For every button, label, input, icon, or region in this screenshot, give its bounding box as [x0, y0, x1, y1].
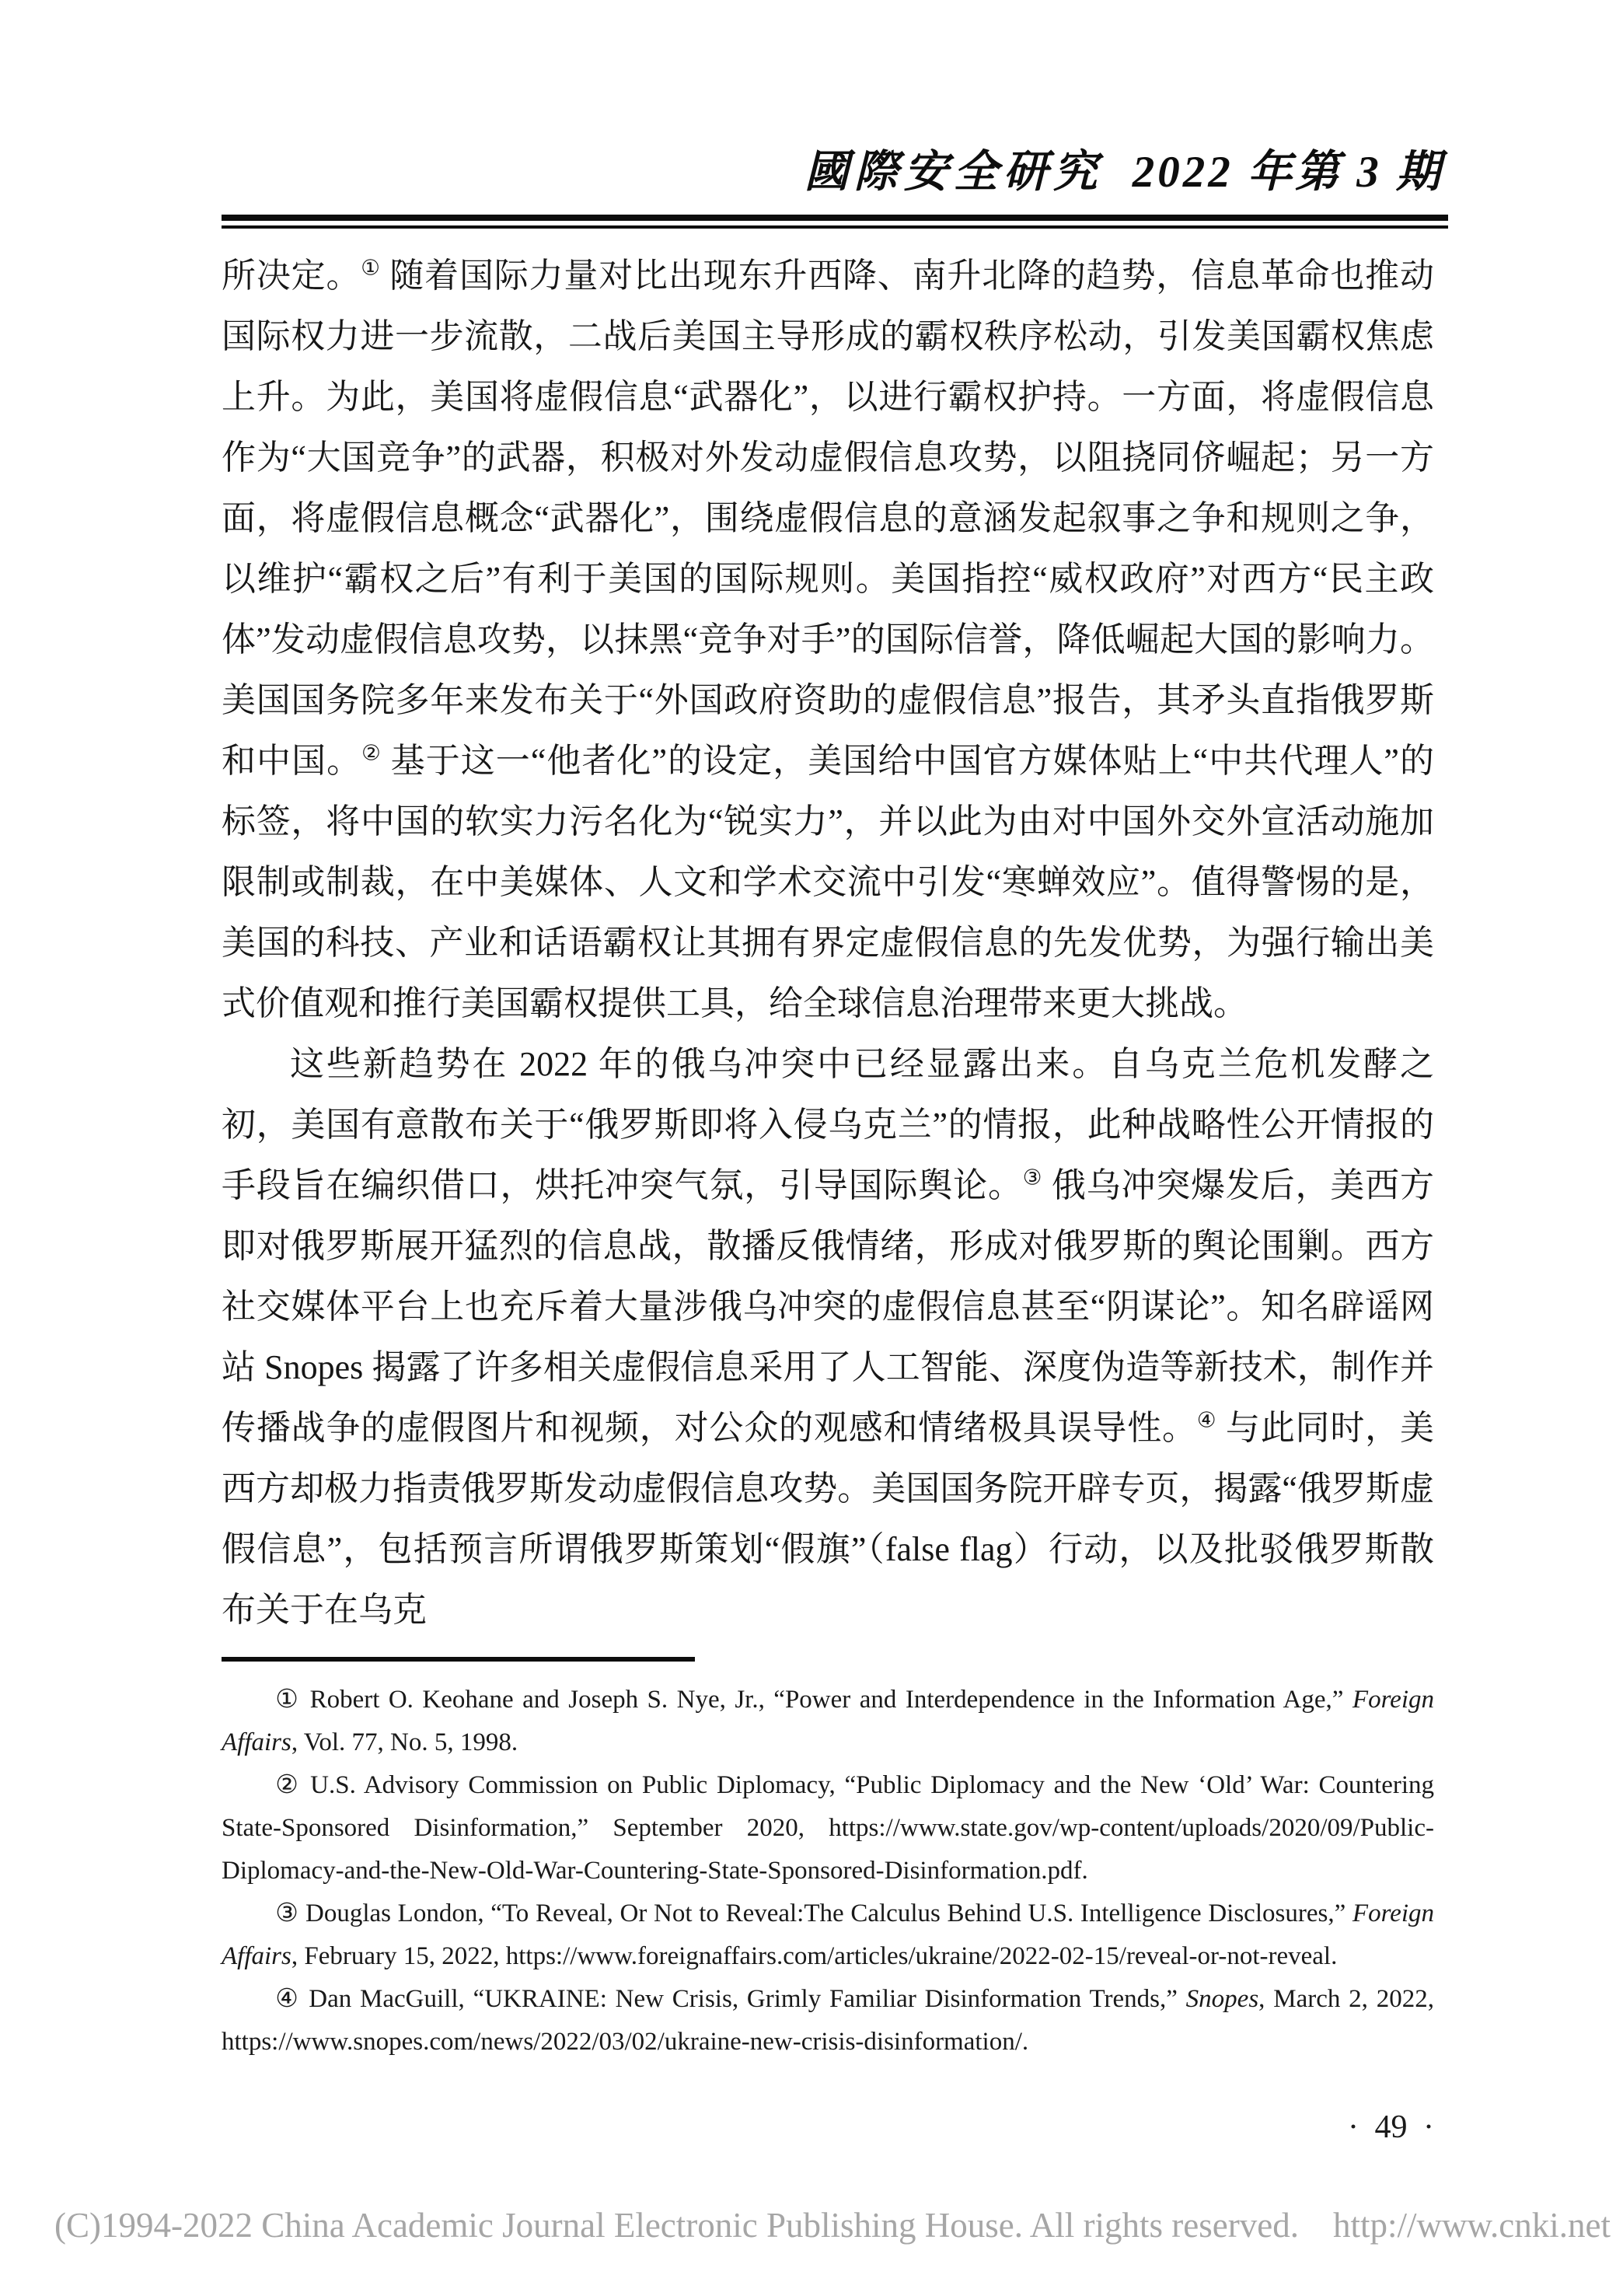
- footnote-item: ④ Dan MacGuill, “UKRAINE: New Crisis, Gr…: [222, 1978, 1434, 2064]
- header-rule-thick: [222, 215, 1448, 221]
- footnote-marker: ②: [361, 741, 381, 764]
- footnote-item: ① Robert O. Keohane and Joseph S. Nye, J…: [222, 1679, 1434, 1764]
- body-paragraph: 所决定。① 随着国际力量对比出现东升西降、南升北降的趋势，信息革命也推动国际权力…: [222, 246, 1434, 1034]
- footnote-separator: [222, 1657, 695, 1662]
- header-rule-thin: [222, 225, 1448, 229]
- article-body: 所决定。① 随着国际力量对比出现东升西降、南升北降的趋势，信息革命也推动国际权力…: [222, 246, 1434, 1641]
- footnote-item: ③ Douglas London, “To Reveal, Or Not to …: [222, 1892, 1434, 1978]
- body-paragraph: 这些新趋势在 2022 年的俄乌冲突中已经显露出来。自乌克兰危机发酵之初，美国有…: [222, 1034, 1434, 1641]
- cnki-url: http://www.cnki.net: [1333, 2205, 1611, 2245]
- journal-title: 國際安全研究: [805, 148, 1103, 197]
- footnote-marker: ④: [1197, 1408, 1216, 1431]
- copyright-text: (C)1994-2022 China Academic Journal Elec…: [54, 2205, 1299, 2245]
- footnotes: ① Robert O. Keohane and Joseph S. Nye, J…: [222, 1679, 1434, 2064]
- page-number: · 49 ·: [222, 2109, 1434, 2146]
- footnote-marker: ①: [361, 256, 380, 279]
- journal-page: 國際安全研究2022 年第 3 期 所决定。① 随着国际力量对比出现东升西降、南…: [0, 0, 1616, 2296]
- page-footer: (C)1994-2022 China Academic Journal Elec…: [54, 2205, 1611, 2245]
- footnote-marker: ③: [1023, 1165, 1042, 1189]
- footnote-item: ② U.S. Advisory Commission on Public Dip…: [222, 1764, 1434, 1892]
- issue-label: 2022 年第 3 期: [1133, 148, 1443, 197]
- page-header: 國際安全研究2022 年第 3 期: [222, 145, 1443, 201]
